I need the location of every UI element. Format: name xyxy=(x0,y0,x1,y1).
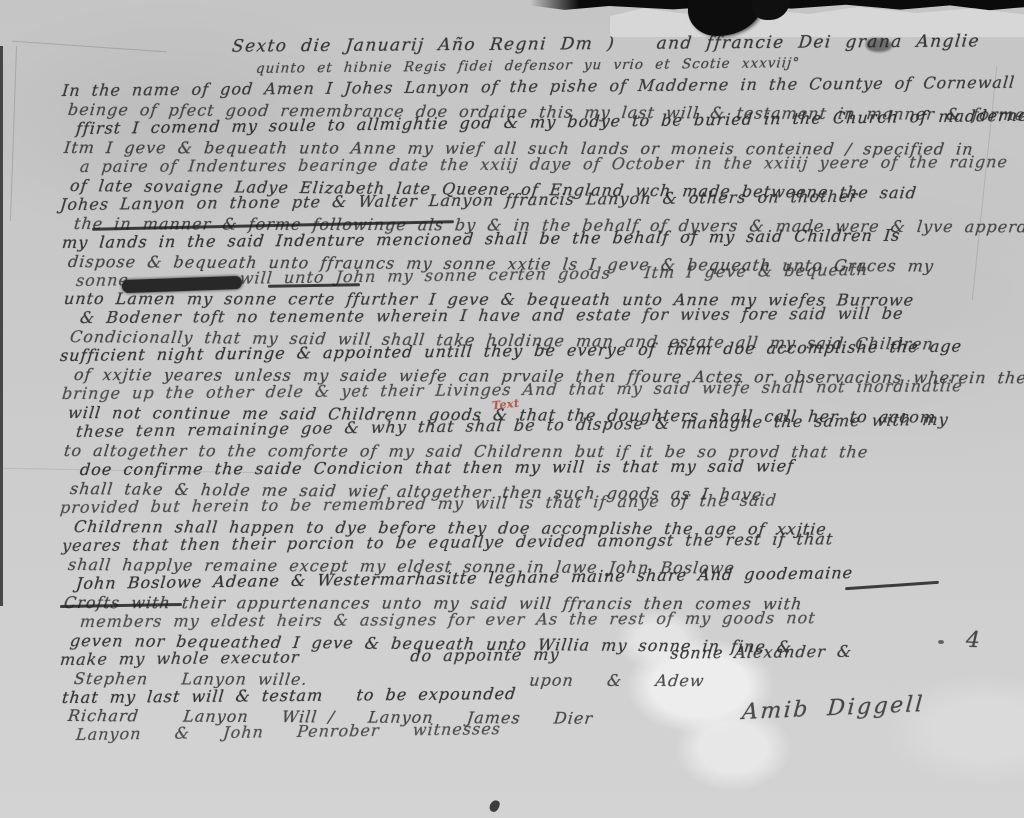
page-number: 4 xyxy=(966,628,981,653)
latin-dating-clause: Sexto die Januarij Año Regni Dm ) and ff… xyxy=(232,34,980,73)
manuscript-line: members my eldest heirs & assignes for e… xyxy=(79,608,1017,632)
manuscript-line: & Bodener toft no tenemente wherein I ha… xyxy=(79,305,1017,329)
ink-dot xyxy=(938,640,944,644)
manuscript-line: a paire of Indentures bearinge date the … xyxy=(79,153,1017,177)
manuscript-body: In the name of god Amen I Johes Lanyon o… xyxy=(60,82,1016,745)
scanned-document-page: Sexto die Januarij Año Regni Dm ) and ff… xyxy=(0,0,1024,818)
manuscript-line: doe confirme the saide Condicion that th… xyxy=(79,456,1017,480)
heading-line-1: Sexto die Januarij Año Regni Dm ) and ff… xyxy=(231,31,981,56)
scan-edge-left xyxy=(0,46,3,606)
